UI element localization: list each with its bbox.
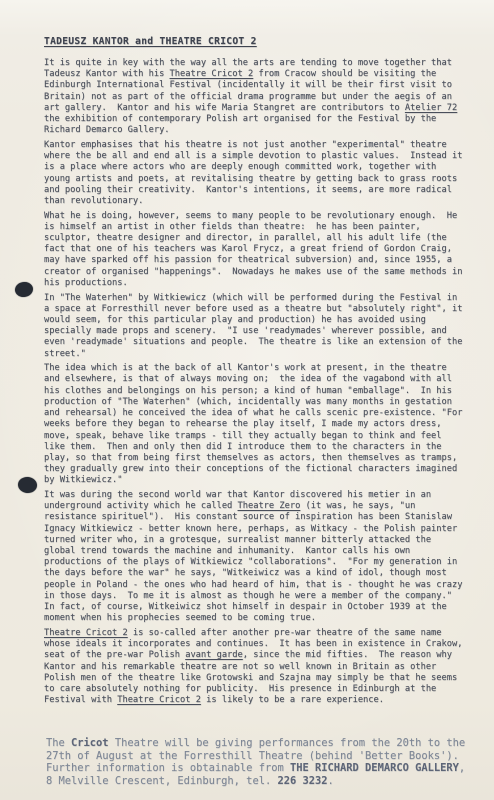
- underlined-text: Theatre Cricot 2: [170, 69, 254, 79]
- underlined-text: Theatre Cricot 2: [44, 628, 128, 638]
- paragraph: Theatre Cricot 2 is so-called after anot…: [44, 628, 464, 706]
- paragraph: The idea which is at the back of all Kan…: [44, 363, 464, 486]
- text-segment: The idea which is at the back of all Kan…: [44, 363, 468, 485]
- underlined-text: Theatre Zero: [238, 501, 301, 511]
- text-segment: Kantor emphasises that his theatre is no…: [44, 140, 468, 206]
- paragraph: It is quite in key with the way all the …: [44, 58, 464, 136]
- document-title: TADEUSZ KANTOR and THEATRE CRICOT 2: [44, 36, 464, 48]
- underlined-text: Theatre Cricot 2: [117, 695, 201, 705]
- underlined-text: Atelier 72: [405, 103, 457, 113]
- document-content: TADEUSZ KANTOR and THEATRE CRICOT 2 It i…: [44, 36, 464, 710]
- text-segment: (it was, he says, "un resistance spiritu…: [44, 501, 468, 623]
- hole-punch-top: [14, 281, 34, 298]
- text-segment: is likely to be a rare experience.: [201, 695, 384, 705]
- bold-text: Cricot: [71, 737, 109, 749]
- text-segment: The: [46, 737, 71, 749]
- bold-text: THE RICHARD DEMARCO GALLERY: [290, 762, 459, 774]
- bold-text: 226 3232: [277, 775, 327, 787]
- text-segment: In "The Waterhen" by Witkiewicz (which w…: [44, 293, 468, 359]
- paragraph: What he is doing, however, seems to many…: [44, 211, 464, 289]
- document-body: It is quite in key with the way all the …: [44, 58, 464, 706]
- text-segment: .: [328, 775, 334, 787]
- paragraph: It was during the second world war that …: [44, 490, 464, 624]
- text-segment: What he is doing, however, seems to many…: [44, 211, 468, 288]
- underlined-text: avant garde: [185, 650, 243, 660]
- paragraph: Kantor emphasises that his theatre is no…: [44, 140, 464, 207]
- footer-note: The Cricot Theatre will be giving perfor…: [46, 737, 470, 787]
- hole-punch-bottom: [17, 476, 37, 494]
- paragraph: In "The Waterhen" by Witkiewicz (which w…: [44, 293, 464, 360]
- scanned-document-page: TADEUSZ KANTOR and THEATRE CRICOT 2 It i…: [0, 0, 494, 800]
